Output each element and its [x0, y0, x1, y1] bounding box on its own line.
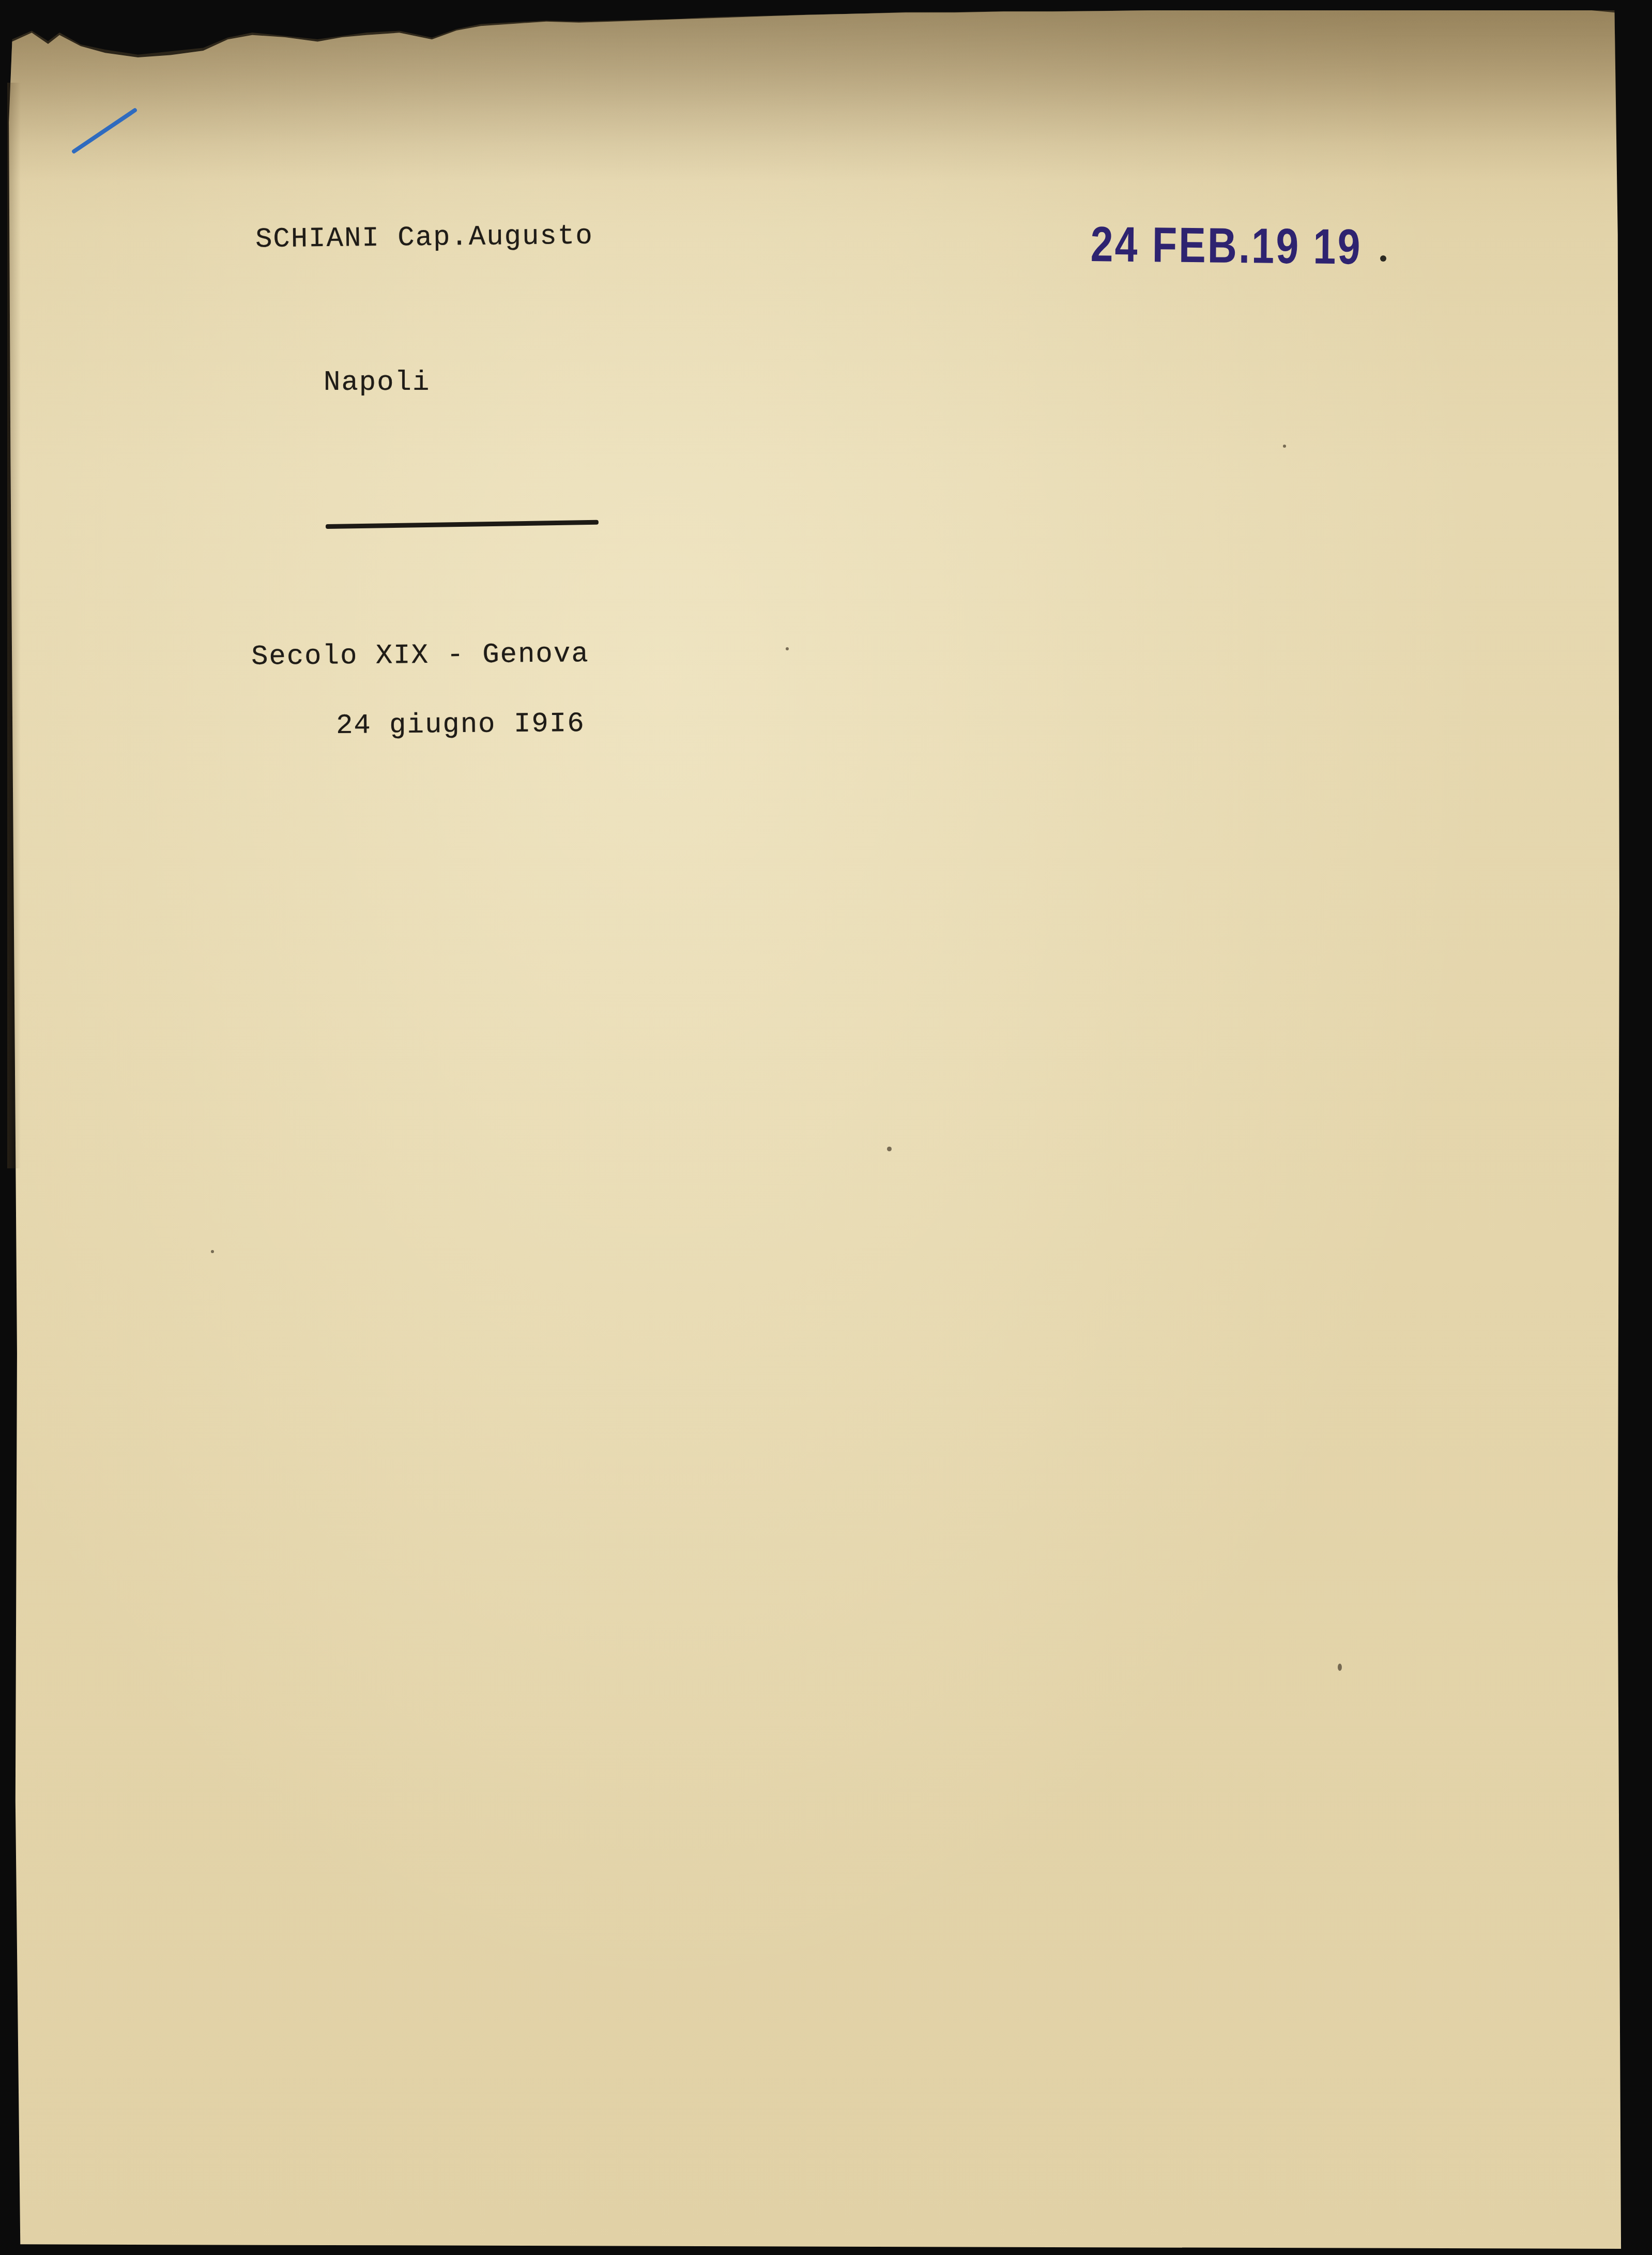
city: Napoli — [324, 367, 430, 399]
paper-speck — [887, 1147, 892, 1151]
scanned-document: SCHIANI Cap.Augusto 24 FEB.19 19 Napoli … — [0, 0, 1652, 2255]
paper-speck — [211, 1250, 214, 1253]
paper-speck — [1283, 445, 1286, 448]
source-date: 24 giugno I9I6 — [336, 708, 585, 742]
paper-sheet — [7, 10, 1641, 2249]
paper-speck — [786, 647, 789, 650]
stamp-dot — [1380, 255, 1386, 262]
subject-name: SCHIANI Cap.Augusto — [255, 221, 593, 256]
source-publication: Secolo XIX - Genova — [251, 638, 589, 673]
date-stamp: 24 FEB.19 19 — [1090, 216, 1362, 276]
paper-speck — [1338, 1664, 1342, 1671]
